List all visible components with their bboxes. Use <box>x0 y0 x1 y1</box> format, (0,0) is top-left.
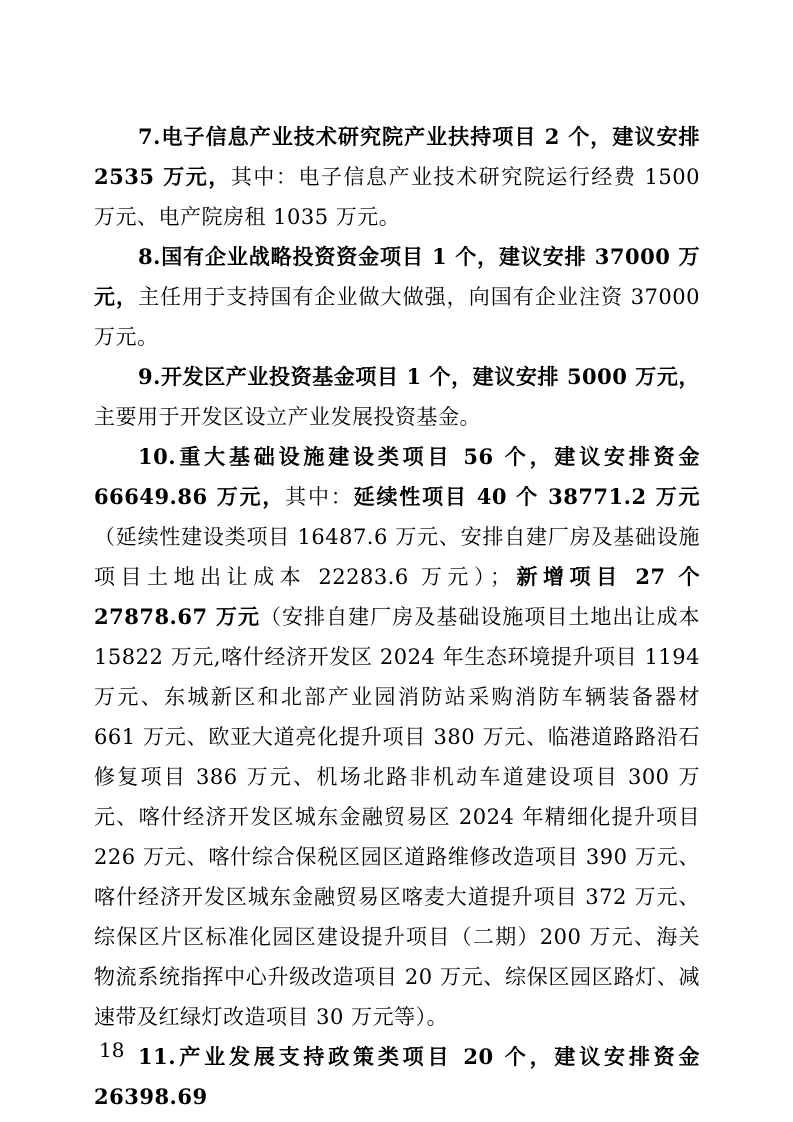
item-10-continuing-projects-bold: 延续性项目 40 个 38771.2 万元 <box>354 484 700 509</box>
document-page: 7.电子信息产业技术研究院产业扶持项目 2 个，建议安排 2535 万元，其中：… <box>0 0 793 1122</box>
paragraph-item-11: 11.产业发展支持政策类项目 20 个，建议安排资金 26398.69 <box>94 1037 700 1117</box>
item-9-detail-text: 主要用于开发区设立产业发展投资基金。 <box>94 405 481 429</box>
page-number: 18 <box>99 1037 124 1063</box>
paragraph-item-8: 8.国有企业战略投资资金项目 1 个，建议安排 37000 万元，主任用于支持国… <box>94 237 700 357</box>
item-8-detail-text: 主任用于支持国有企业做大做强，向国有企业注资 37000 万元。 <box>94 285 700 349</box>
item-10-new-projects-detail: （安排自建厂房及基础设施项目土地出让成本 15822 万元,喀什经济开发区 20… <box>94 605 700 1029</box>
item-9-lead-bold: 9.开发区产业投资基金项目 1 个，建议安排 5000 万元， <box>138 364 700 389</box>
item-10-qizhong-text: 其中： <box>285 485 353 509</box>
paragraph-item-7: 7.电子信息产业技术研究院产业扶持项目 2 个，建议安排 2535 万元，其中：… <box>94 117 700 237</box>
paragraph-item-10: 10.重大基础设施建设类项目 56 个，建议安排资金 66649.86 万元，其… <box>94 437 700 1037</box>
document-body: 7.电子信息产业技术研究院产业扶持项目 2 个，建议安排 2535 万元，其中：… <box>94 117 700 1117</box>
paragraph-item-9: 9.开发区产业投资基金项目 1 个，建议安排 5000 万元，主要用于开发区设立… <box>94 357 700 437</box>
item-11-lead-bold: 11.产业发展支持政策类项目 20 个，建议安排资金 26398.69 <box>94 1044 700 1109</box>
